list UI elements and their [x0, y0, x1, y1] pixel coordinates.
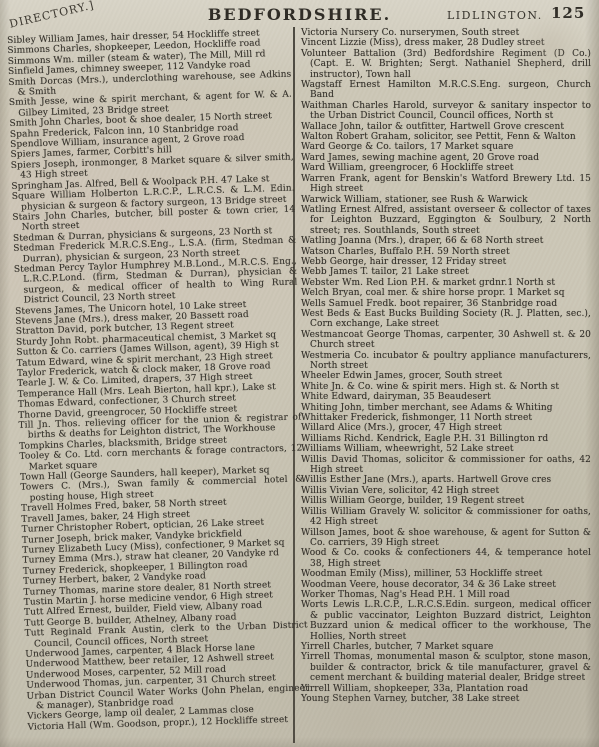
directory-entry: Wheeler Edwin James, grocer, South stree… — [301, 371, 591, 381]
directory-entry: Willis Vivian Vere, solicitor, 42 High s… — [301, 486, 591, 496]
directory-entry: Woodman Veere, house decorator, 34 & 36 … — [301, 580, 591, 590]
directory-entry: Worker Thomas, Nag's Head P.H. 1 Mill ro… — [301, 590, 591, 600]
directory-entry: Warren Frank, agent for Benskin's Watfor… — [301, 174, 591, 195]
directory-entry: Ward James, sewing machine agent, 20 Gro… — [301, 153, 591, 163]
directory-entry: Willis William George, builder, 19 Regen… — [301, 496, 591, 506]
directory-entry: Willard Alice (Mrs.), grocer, 47 High st… — [301, 423, 591, 433]
directory-entry: Webb James T. tailor, 21 Lake street — [301, 267, 591, 277]
directory-entry: Ward William, greengrocer, 6 Hockliffe s… — [301, 163, 591, 173]
directory-entry: Willis Esther Jane (Mrs.), aparts. Hartw… — [301, 475, 591, 485]
directory-entry: Watling Ernest Alfred, assistant oversee… — [301, 205, 591, 236]
directory-entry: Yirrell William, shopkeeper, 33a, Planta… — [301, 684, 591, 694]
header-page-number: 125 — [551, 4, 585, 22]
directory-entry: Wells Samuel Fredk. boot repairer, 36 St… — [301, 299, 591, 309]
directory-entry: Williams Richd. Kendrick, Eagle P.H. 31 … — [301, 434, 591, 444]
directory-entry: Whittaker Frederick, fishmonger, 11 Nort… — [301, 413, 591, 423]
directory-entry: Westmancoat George Thomas, carpenter, 30… — [301, 330, 591, 351]
scanned-directory-page: DIRECTORY.] BEDFORDSHIRE. LIDLINGTON. 12… — [0, 0, 599, 747]
directory-entry: Vincent Lizzie (Miss), dress maker, 28 D… — [301, 38, 591, 48]
directory-entry: Volunteer Battalion (3rd) Bedfordshire R… — [301, 49, 591, 80]
directory-entry: Yirrell Charles, butcher, 7 Market squar… — [301, 642, 591, 652]
directory-entry: Ward George & Co. tailors, 17 Market squ… — [301, 142, 591, 152]
directory-entry: Willson James, boot & shoe warehouse, & … — [301, 528, 591, 549]
directory-entry: Williams William, wheewright, 52 Lake st… — [301, 444, 591, 454]
directory-entry: Whiting John, timber merchant, see Adams… — [301, 403, 591, 413]
directory-entry: Worts Lewis L.R.C.P., L.R.C.S.Edin. surg… — [301, 600, 591, 642]
directory-entry: Wallace John, tailor & outfitter, Hartwe… — [301, 122, 591, 132]
directory-entry: Westmeria Co. incubator & poultry applia… — [301, 351, 591, 372]
directory-entry: Willis David Thomas, solicitor & commiss… — [301, 455, 591, 476]
directory-entry: Yirrell Thomas, monumental mason & sculp… — [301, 652, 591, 683]
directory-entry: Welch Bryan, coal mer. & shire horse pro… — [301, 288, 591, 298]
directory-entry: Watling Joanna (Mrs.), draper, 66 & 68 N… — [301, 236, 591, 246]
directory-entry: Victoria Nursery Co. nurserymen, South s… — [301, 28, 591, 38]
directory-entry: Watson Charles, Buffalo P.H. 59 North st… — [301, 247, 591, 257]
directory-entry: Wood & Co. cooks & confectioners 44, & t… — [301, 548, 591, 569]
header-location-label: LIDLINGTON. — [447, 9, 543, 22]
directory-entry: Webster Wm. Red Lion P.H. & market grdnr… — [301, 278, 591, 288]
directory-entry: Willis William Gravely W. solicitor & co… — [301, 507, 591, 528]
directory-entry: Woodman Emily (Miss), milliner, 53 Hockl… — [301, 569, 591, 579]
directory-entry: Wagstaff Ernest Hamilton M.R.C.S.Eng. su… — [301, 80, 591, 101]
directory-entry: White Jn. & Co. wine & spirit mers. High… — [301, 382, 591, 392]
directory-entry: Waithman Charles Harold, surveyor & sani… — [301, 101, 591, 122]
directory-entry: Webb George, hair dresser, 12 Friday str… — [301, 257, 591, 267]
directory-entry: Young Stephen Varney, butcher, 38 Lake s… — [301, 694, 591, 704]
directory-entry: White Edward, dairyman, 35 Beaudesert — [301, 392, 591, 402]
directory-entry: West Beds & East Bucks Building Society … — [301, 309, 591, 330]
directory-entry: Walton Robert Graham, solicitor, see Pet… — [301, 132, 591, 142]
directory-entry: Warwick William, stationer, see Rush & W… — [301, 195, 591, 205]
directory-left-column: Sibley William James, hair dresser, 54 H… — [7, 28, 311, 733]
directory-right-column: Victoria Nursery Co. nurserymen, South s… — [301, 28, 591, 704]
